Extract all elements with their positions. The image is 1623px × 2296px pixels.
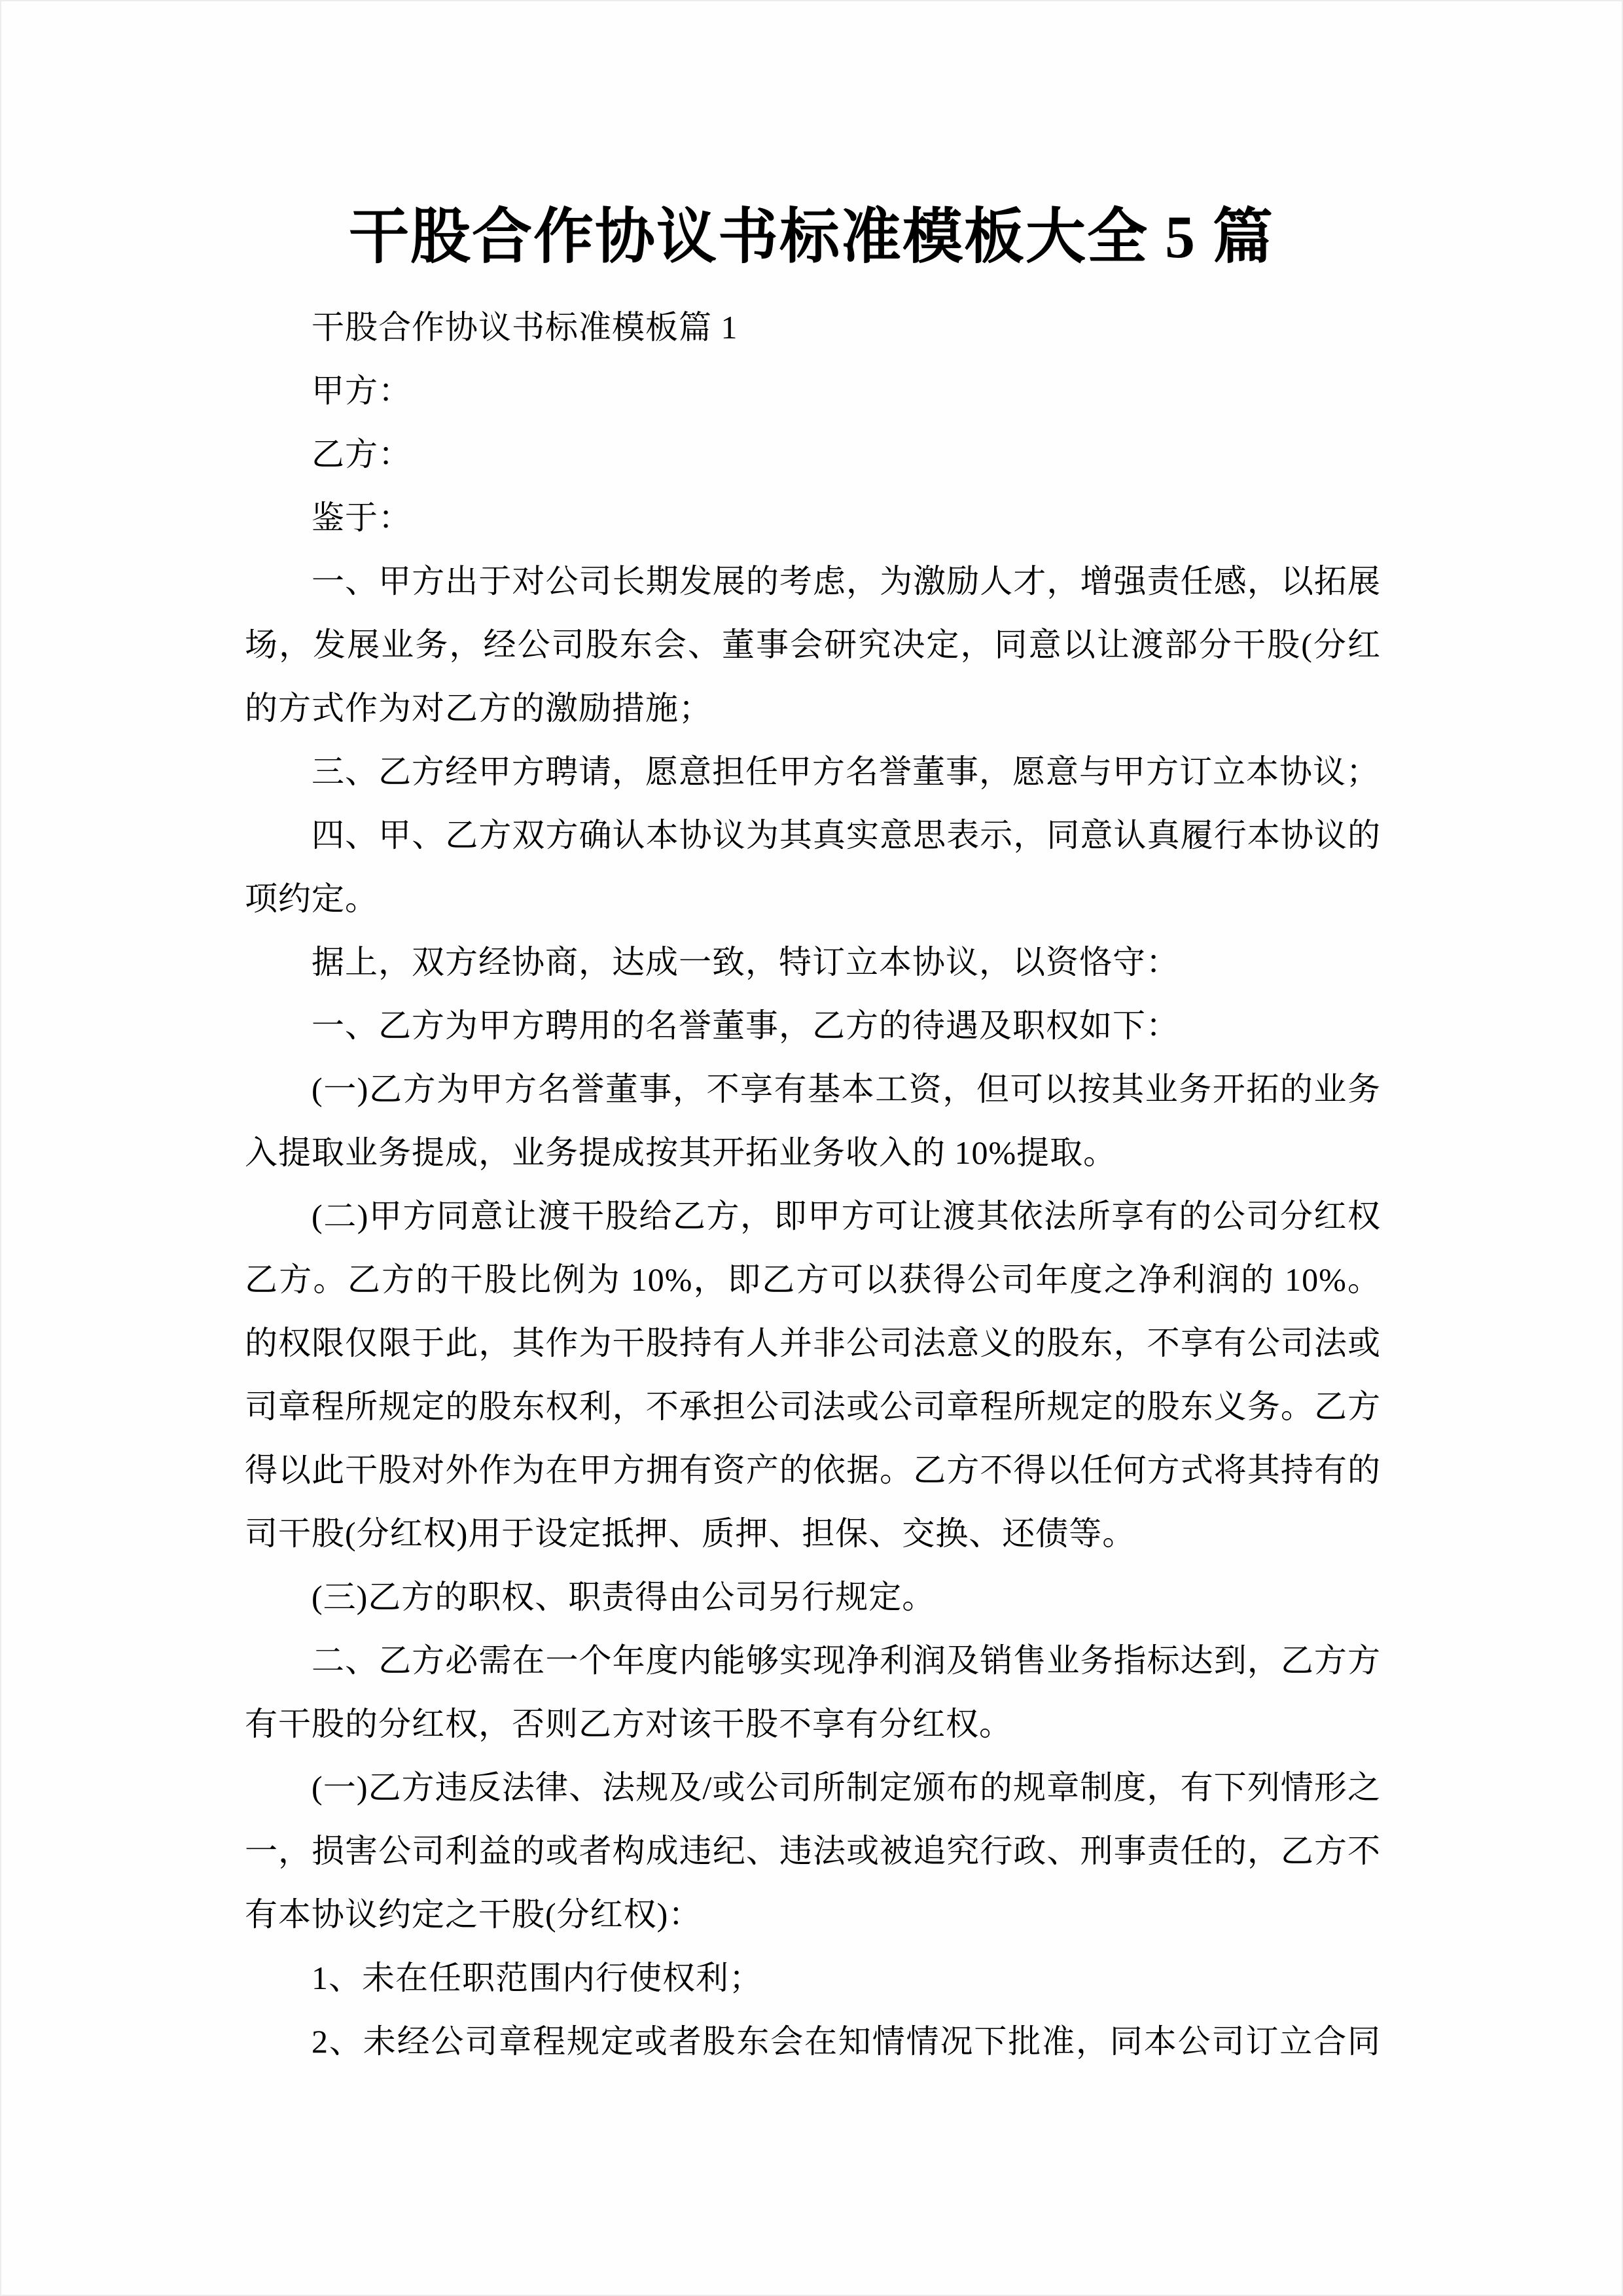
text-line: 乙方。乙方的干股比例为 10%，即乙方可以获得公司年度之净利润的 10%。乙方 [245,1248,1381,1312]
text-line: (三)乙方的职权、职责得由公司另行规定。 [245,1566,1381,1629]
text-line: (一)乙方为甲方名誉董事，不享有基本工资，但可以按其业务开拓的业务收 [245,1058,1381,1121]
text-line: 司干股(分红权)用于设定抵押、质押、担保、交换、还债等。 [245,1502,1381,1566]
text-line: 据上，双方经协商，达成一致，特订立本协议，以资恪守： [245,931,1381,994]
text-line: 乙方： [245,423,1381,486]
text-line: 二、乙方必需在一个年度内能够实现净利润及销售业务指标达到，乙方方享 [245,1629,1381,1693]
text-line: 甲方： [245,359,1381,423]
page-title: 干股合作协议书标准模板大全 5 篇 [1,1,1622,276]
text-line: 鉴于： [245,486,1381,550]
text-line: 得以此干股对外作为在甲方拥有资产的依据。乙方不得以任何方式将其持有的公 [245,1439,1381,1502]
text-line: 1、未在任职范围内行使权利； [245,1946,1381,2010]
text-line: 场，发展业务，经公司股东会、董事会研究决定，同意以让渡部分干股(分红权) [245,613,1381,677]
text-line: 司章程所规定的股东权利，不承担公司法或公司章程所规定的股东义务。乙方不 [245,1375,1381,1439]
text-line: 有本协议约定之干股(分红权)： [245,1883,1381,1946]
document-page: 干股合作协议书标准模板大全 5 篇 干股合作协议书标准模板篇 1甲方：乙方：鉴于… [0,0,1623,2296]
text-line: 一、乙方为甲方聘用的名誉董事，乙方的待遇及职权如下： [245,994,1381,1058]
text-line: 四、甲、乙方双方确认本协议为其真实意思表示，同意认真履行本协议的各 [245,804,1381,867]
text-line: 一、甲方出于对公司长期发展的考虑，为激励人才，增强责任感，以拓展市 [245,550,1381,613]
text-line: (一)乙方违反法律、法规及/或公司所制定颁布的规章制度，有下列情形之 [245,1756,1381,1820]
text-line: 三、乙方经甲方聘请，愿意担任甲方名誉董事，愿意与甲方订立本协议； [245,740,1381,804]
text-line: 的方式作为对乙方的激励措施； [245,677,1381,740]
text-line: 入提取业务提成，业务提成按其开拓业务收入的 10%提取。 [245,1121,1381,1185]
text-line: 项约定。 [245,867,1381,931]
text-line: 的权限仅限于此，其作为干股持有人并非公司法意义的股东，不享有公司法或公 [245,1312,1381,1375]
text-line: (二)甲方同意让渡干股给乙方，即甲方可让渡其依法所享有的公司分红权给 [245,1185,1381,1248]
text-line: 干股合作协议书标准模板篇 1 [245,296,1381,359]
text-line: 有干股的分红权，否则乙方对该干股不享有分红权。 [245,1693,1381,1756]
document-body: 干股合作协议书标准模板篇 1甲方：乙方：鉴于：一、甲方出于对公司长期发展的考虑，… [245,296,1381,2073]
text-line: 2、未经公司章程规定或者股东会在知情情况下批准，同本公司订立合同或 [245,2010,1381,2073]
text-line: 一，损害公司利益的或者构成违纪、违法或被追究行政、刑事责任的，乙方不享 [245,1820,1381,1883]
